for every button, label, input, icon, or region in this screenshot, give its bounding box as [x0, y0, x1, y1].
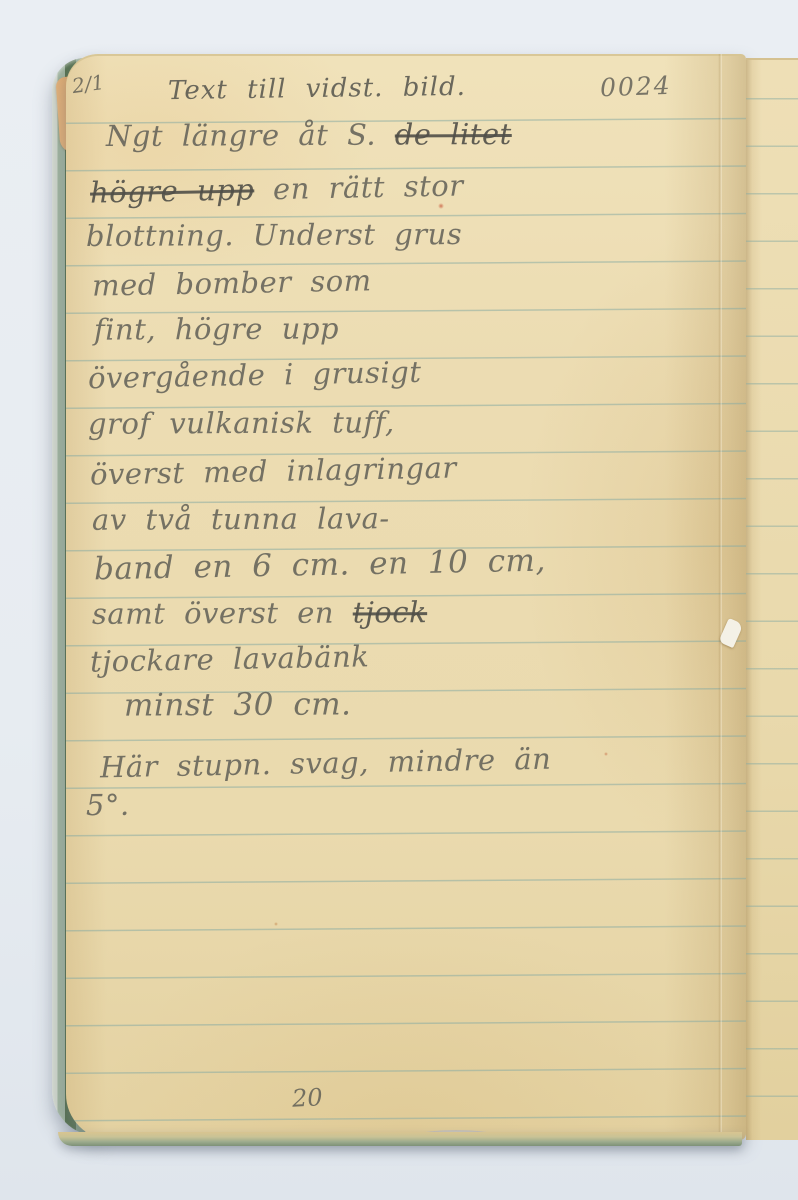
- handwriting-line: grof vulkanisk tuff,: [88, 405, 395, 441]
- handwriting-line: med bomber som: [92, 263, 372, 302]
- handwriting-line: blottning. Underst grus: [86, 217, 462, 253]
- handwriting-text: grof vulkanisk tuff,: [88, 405, 395, 441]
- handwriting-text: Här stupn. svag, mindre än: [100, 742, 552, 785]
- handwriting-text: övergående i grusigt: [88, 355, 422, 395]
- handwriting-text: blottning. Underst grus: [86, 217, 462, 253]
- handwriting: 2/1 Text till vidst. bild. 0024 Ngt läng…: [66, 54, 746, 1140]
- next-page-edge: [746, 58, 798, 1140]
- handwriting-line: Ngt längre åt S. de litet: [106, 117, 512, 153]
- handwriting-text: tjockare lavabänk: [90, 639, 370, 678]
- notebook-page: 2/1 Text till vidst. bild. 0024 Ngt läng…: [66, 54, 746, 1140]
- handwriting-line: av två tunna lava-: [92, 501, 390, 537]
- date-mark: 2/1: [70, 70, 105, 98]
- handwriting-line: Här stupn. svag, mindre än: [100, 742, 552, 785]
- handwriting-line: samt överst en tjock: [92, 595, 427, 631]
- handwriting-line: högre upp en rätt stor: [90, 168, 464, 209]
- handwriting-text: av två tunna lava-: [92, 501, 390, 537]
- handwriting-line: minst 30 cm.: [124, 687, 352, 722]
- handwriting-text: Ngt längre åt S.: [106, 118, 395, 154]
- handwriting-line: överst med inlagringar: [90, 450, 457, 491]
- handwriting-line: övergående i grusigt: [88, 355, 422, 395]
- handwriting-text: fint, högre upp: [94, 311, 339, 346]
- page-stack-edge: [58, 1132, 742, 1146]
- handwriting-text: en rätt stor: [254, 168, 464, 206]
- struck-text: de litet: [395, 117, 512, 152]
- ruled-lines: [746, 58, 798, 1140]
- handwriting-line: band en 6 cm. en 10 cm,: [94, 544, 546, 587]
- scan-number: 0024: [600, 71, 673, 102]
- scanned-notebook-page: 2/1 Text till vidst. bild. 0024 Ngt läng…: [0, 0, 798, 1200]
- handwriting-text: överst med inlagringar: [90, 450, 457, 491]
- handwriting-text: minst 30 cm.: [124, 686, 352, 723]
- page-header: 2/1 Text till vidst. bild. 0024: [66, 68, 746, 118]
- handwriting-text: med bomber som: [92, 263, 372, 302]
- struck-text: högre upp: [90, 172, 255, 209]
- handwriting-text: band en 6 cm. en 10 cm,: [94, 543, 546, 588]
- handwriting-text: 5°.: [86, 788, 130, 822]
- page-number: 20: [291, 1083, 323, 1113]
- struck-text: tjock: [353, 595, 428, 629]
- handwriting-line: 5°.: [86, 788, 130, 822]
- handwriting-line: fint, högre upp: [94, 311, 339, 346]
- page-title: Text till vidst. bild.: [168, 72, 466, 106]
- handwriting-text: samt överst en: [92, 596, 353, 631]
- handwriting-line: tjockare lavabänk: [90, 639, 370, 678]
